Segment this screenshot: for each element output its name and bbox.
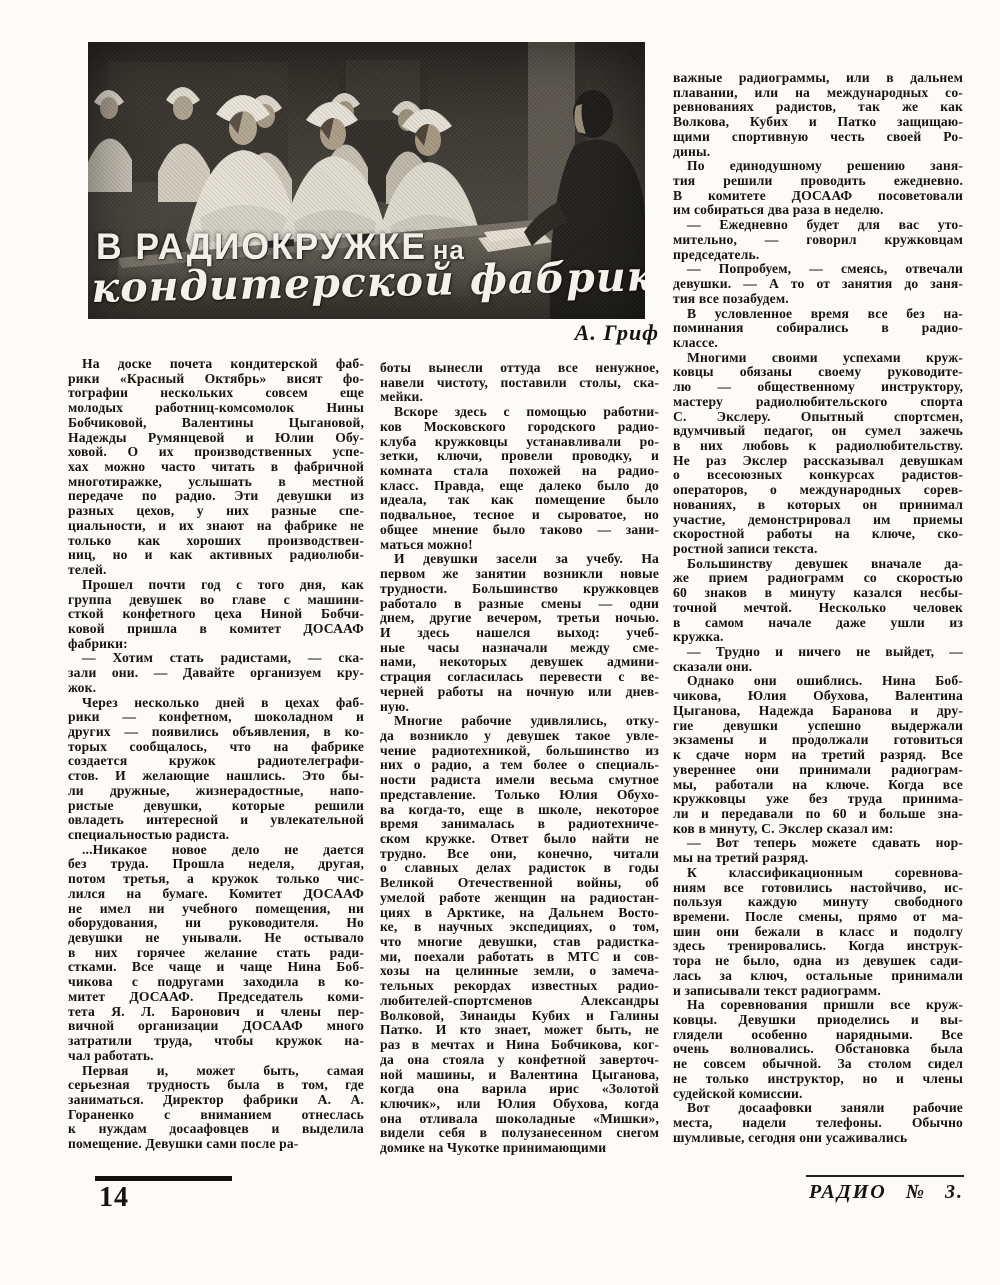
text-line: маться можно! (380, 538, 659, 553)
text-line: здесь тренировались. Когда инструк- (673, 939, 963, 954)
text-line: Патко. И кто знает, может быть, не (380, 1023, 659, 1038)
text-line: Надежды Румянцевой и Юлии Обу- (68, 431, 364, 446)
text-line: сткой конфетного цеха Ниной Бобчи- (68, 607, 364, 622)
footer-rule-left (95, 1176, 232, 1181)
text-column-right: важные радиограммы, или в дальнемплавани… (673, 71, 963, 1151)
text-line: ми, поехали работать в МТС и сов- (380, 950, 659, 965)
text-line: страция согласилась перевести с ве- (380, 670, 659, 685)
text-line: чикова, Юлия Обухова, Валентина (673, 689, 963, 704)
text-line: в них горячее желание стать ради- (68, 946, 364, 961)
text-line: в самом начале даже ушли из (673, 616, 963, 631)
text-line: По единодушному решению заня- (673, 159, 963, 174)
text-line: первом же занятии возникли новые (380, 567, 659, 582)
paragraph: Прошел почти год с того дня, какгруппа д… (68, 578, 364, 652)
text-line: дины. (673, 145, 963, 160)
text-line: ...Никакое новое дело не дается (68, 843, 364, 858)
paragraph: важные радиограммы, или в дальнемплавани… (673, 71, 963, 159)
text-line: Первая и, может быть, самая (68, 1064, 364, 1079)
paragraph: К классификационным соревнова-ниям все г… (673, 866, 963, 998)
text-line: плавании, или на международных со- (673, 86, 963, 101)
paragraph: Вот досаафовки заняли рабочиеместа, наде… (673, 1101, 963, 1145)
text-line: К классификационным соревнова- (673, 866, 963, 881)
text-line: стками. Все чаще и чаще Нина Боб- (68, 960, 364, 975)
text-line: мастеру радиолюбительского спорта (673, 395, 963, 410)
text-line: серьезная трудность была в том, где (68, 1078, 364, 1093)
journal-footer: РАДИО № 3. (700, 1181, 964, 1204)
text-line: помещение. Девушки сами после ра- (68, 1137, 364, 1152)
text-line: не имел ни учебного помещения, ни (68, 902, 364, 917)
text-line: что многие девушки, став радистка- (380, 935, 659, 950)
text-line: кружка. (673, 630, 963, 645)
text-line: В условленное время все без на- (673, 307, 963, 322)
text-line: Многие рабочие удивлялись, отку- (380, 714, 659, 729)
text-line: когда она варила ирис «Золотой (380, 1082, 659, 1097)
article-photo: В РАДИОКРУЖКЕна кондитерской фабрике (88, 42, 645, 319)
paragraph: В условленное время все без на-поминания… (673, 307, 963, 351)
text-line: судейской комиссии. (673, 1087, 963, 1102)
text-line: фабрики: (68, 637, 364, 652)
text-line: ниям все готовились настойчиво, ис- (673, 881, 963, 896)
text-line: мейки. (380, 390, 659, 405)
text-line: шумливые, сегодня они усаживались (673, 1131, 963, 1146)
text-line: телей. (68, 563, 364, 578)
text-line: лю — общественному инструктору, (673, 380, 963, 395)
text-line: Через несколько дней в цехах фаб- (68, 696, 364, 711)
text-line: ском кружке. Ответ было найти не (380, 832, 659, 847)
text-line: тия все позабудем. (673, 292, 963, 307)
text-line: жок. (68, 681, 364, 696)
paragraph: На доске почета кондитерской фаб-рики «К… (68, 357, 364, 578)
text-line: С. Экслеру. Опытный спортсмен, (673, 410, 963, 425)
text-line: гие девушки успешно выдержали (673, 719, 963, 734)
paragraph: — Ежедневно будет для вас уто-мительно, … (673, 218, 963, 262)
text-line: ковцы. Девушки приоделись и вы- (673, 1013, 963, 1028)
text-line: митет ДОСААФ. Председатель коми- (68, 990, 364, 1005)
text-line: нованиях, в которых он принимал (673, 498, 963, 513)
paragraph: Многие рабочие удивлялись, отку-да возни… (380, 714, 659, 1156)
text-line: днем, другие вечером, третьи ночью. (380, 611, 659, 626)
text-line: сказали они. (673, 660, 963, 675)
paragraph: Через несколько дней в цехах фаб-рики — … (68, 696, 364, 843)
text-line: ковцы обязаны своему руководите- (673, 365, 963, 380)
paragraph: Вскоре здесь с помощью работни-ков Моско… (380, 405, 659, 552)
text-line: места, надели телефоны. Обычно (673, 1116, 963, 1131)
text-line: лась за ключ, остальные принимали (673, 969, 963, 984)
text-line: ков в минуту, С. Экслер сказал им: (673, 822, 963, 837)
paragraph: боты вынесли оттуда все ненужное,навели … (380, 361, 659, 405)
text-line: тия решили проводить ежедневно. (673, 174, 963, 189)
text-line: точной мечтой. Несколько человек (673, 601, 963, 616)
text-line: циях в Арктике, на Дальнем Восто- (380, 906, 659, 921)
paragraph: — Вот теперь можете сдавать нор-мы на тр… (673, 836, 963, 865)
text-line: черней работы на ночную или днев- (380, 685, 659, 700)
text-line: затратили труда, чтобы кружок на- (68, 1034, 364, 1049)
text-line: тельных рекордах известных радио- (380, 979, 659, 994)
text-line: кружковцы уже без труда принима- (673, 792, 963, 807)
text-line: тора не было, одна из девушек сади- (673, 954, 963, 969)
paragraph: ...Никакое новое дело не даетсябез труда… (68, 843, 364, 1064)
text-line: создается кружок радиотелеграфи- (68, 754, 364, 769)
text-line: трудно. Все они, конечно, читали (380, 847, 659, 862)
text-line: комната стала похожей на радио- (380, 464, 659, 479)
text-line: скоростной работы на ключе, ско- (673, 527, 963, 542)
text-line: в них любовь к радиолюбительству. (673, 439, 963, 454)
paragraph: Первая и, может быть, самаясерьезная тру… (68, 1064, 364, 1152)
text-line: к сдаче норм на третий разряд. Все (673, 748, 963, 763)
text-line: класс. Правда, еще далеко было до (380, 479, 659, 494)
text-line: очень волновались. Обстановка была (673, 1042, 963, 1057)
text-column-middle: боты вынесли оттуда все ненужное,навели … (380, 361, 659, 1159)
text-line: поминания собирались в радио- (673, 321, 963, 336)
magazine-page: В РАДИОКРУЖКЕна кондитерской фабрике А. … (0, 0, 1000, 1285)
text-line: да возникло у девушек такое увле- (380, 729, 659, 744)
text-line: да она стояла у конфетной заверточ- (380, 1053, 659, 1068)
text-line: Гораненко с вниманием отнеслась (68, 1108, 364, 1123)
text-line: ли дружные, жизнерадостные, напо- (68, 784, 364, 799)
text-line: работало в разные смены — одни (380, 597, 659, 612)
text-line: видели себя в полузанесенном снегом (380, 1126, 659, 1141)
text-line: операторов, о международных сорев- (673, 483, 963, 498)
text-line: же прием радиограмм со скоростью (673, 571, 963, 586)
text-line: ристые девушки, которые решили (68, 799, 364, 814)
text-line: ной машины, и Валентина Цыганова, (380, 1068, 659, 1083)
text-line: клуба кружковцы устанавливали ро- (380, 435, 659, 450)
text-line: не только инструктор, но и члены (673, 1072, 963, 1087)
text-line: о славных делах радисток в годы (380, 861, 659, 876)
text-line: 60 знаков в минуту казался несбы- (673, 586, 963, 601)
text-column-left: На доске почета кондитерской фаб-рики «К… (68, 357, 364, 1155)
text-line: девушки. — А то от занятия до заня- (673, 277, 963, 292)
text-line: вичной организации ДОСААФ много (68, 1019, 364, 1034)
text-line: ревнованиях радистов, так же как (673, 100, 963, 115)
text-line: Не раз Экслер рассказывал девушкам (673, 454, 963, 469)
text-line: навели чистоту, поставили столы, ска- (380, 376, 659, 391)
text-line: подвальное, тесное и сыроватое, но (380, 508, 659, 523)
text-line: ховой. О их производственных успе- (68, 445, 364, 460)
text-line: без труда. Прошла неделя, другая, (68, 857, 364, 872)
text-line: щими спортивную честь своей Ро- (673, 130, 963, 145)
text-line: Великой Отечественной войны, об (380, 876, 659, 891)
text-line: зетки, ключи, провели проводку, и (380, 449, 659, 464)
text-line: им собираться два раза в неделю. (673, 203, 963, 218)
text-line: В комитете ДОСААФ посоветовали (673, 189, 963, 204)
paragraph: На соревнования пришли все круж-ковцы. Д… (673, 998, 963, 1101)
text-line: чикова с подругами заходила в ко- (68, 975, 364, 990)
paragraph: И девушки засели за учебу. Напервом же з… (380, 552, 659, 714)
text-line: хозы на целинные земли, о замеча- (380, 964, 659, 979)
text-line: заниматься. Директор фабрики А. А. (68, 1093, 364, 1108)
text-line: девушки не унывали. Не остывало (68, 931, 364, 946)
text-line: разных цехов, у них разные спе- (68, 504, 364, 519)
footer-rule-right (806, 1175, 964, 1177)
paragraph: — Трудно и ничего не выйдет, —сказали он… (673, 645, 963, 674)
text-line: На соревнования пришли все круж- (673, 998, 963, 1013)
text-line: ключик», или Юлия Обухова, когда (380, 1097, 659, 1112)
text-line: ниц, но и как активных радиолюби- (68, 548, 364, 563)
text-line: Однако они ошиблись. Нина Боб- (673, 674, 963, 689)
text-line: ную. (380, 700, 659, 715)
text-line: представление. Только Юлия Обухо- (380, 788, 659, 803)
text-line: Волковой, Зинаиды Кубих и Галины (380, 1009, 659, 1024)
text-line: рики «Красный Октябрь» висят фо- (68, 372, 364, 387)
text-line: овладеть интересной и увлекательной (68, 813, 364, 828)
text-line: участие, демонстрировал им приемы (673, 513, 963, 528)
text-line: любителей-спортсменов Александры (380, 994, 659, 1009)
text-line: молодых работниц-комсомолок Нины (68, 401, 364, 416)
text-line: специальностью радиста. (68, 828, 364, 843)
text-line: времени. После смены, прямо от ма- (673, 910, 963, 925)
text-line: важные радиограммы, или в дальнем (673, 71, 963, 86)
text-line: увереннее они принимали радиограм- (673, 763, 963, 778)
paragraph: Большинству девушек вначале да-же прием … (673, 557, 963, 645)
text-line: — Хотим стать радистами, — ска- (68, 651, 364, 666)
text-line: тета Я. Л. Баронович и члены пер- (68, 1005, 364, 1020)
text-line: ли и передавали по 60 и больше зна- (673, 807, 963, 822)
text-line: трудности. Большинство кружковцев (380, 582, 659, 597)
text-line: потом третья, а кружок только чис- (68, 872, 364, 887)
text-line: боты вынесли оттуда все ненужное, (380, 361, 659, 376)
text-line: домике на Чукотке принимающими (380, 1141, 659, 1156)
text-line: торых сообщалось, что на фабрике (68, 740, 364, 755)
text-line: раз в мечтах и Нина Бобчикова, ког- (380, 1038, 659, 1053)
paragraph: — Попробуем, — смеясь, отвечалидевушки. … (673, 262, 963, 306)
text-line: только как хороших производствен- (68, 534, 364, 549)
text-line: Прошел почти год с того дня, как (68, 578, 364, 593)
paragraph: Многими своими успехами круж-ковцы обяза… (673, 351, 963, 557)
text-line: о всесоюзных конкурсах радистов- (673, 468, 963, 483)
text-line: глядели особенно нарядными. Все (673, 1028, 963, 1043)
text-line: них о радио, а тем более о специаль- (380, 758, 659, 773)
text-line: ростной записи текста. (673, 542, 963, 557)
text-line: Вот досаафовки заняли рабочие (673, 1101, 963, 1116)
text-line: Большинству девушек вначале да- (673, 557, 963, 572)
text-line: пользуя каждую минуту свободного (673, 895, 963, 910)
text-line: она отливала шоколадные «Мишки», (380, 1112, 659, 1127)
text-line: и записывали текст радиограмм. (673, 984, 963, 999)
byline: А. Гриф (380, 320, 659, 346)
text-line: группа девушек во главе с машини- (68, 593, 364, 608)
text-line: других — появились объявления, в ко- (68, 725, 364, 740)
paragraph: Однако они ошиблись. Нина Боб-чикова, Юл… (673, 674, 963, 836)
text-line: ности радиста имели весьма смутное (380, 773, 659, 788)
text-line: экзамены и продолжали готовиться (673, 733, 963, 748)
text-line: зали они. — Давайте организуем кру- (68, 666, 364, 681)
paragraph: По единодушному решению заня-тия решили … (673, 159, 963, 218)
text-line: не совсем обычной. За столом сидел (673, 1057, 963, 1072)
text-line: мы на третий разряд. (673, 851, 963, 866)
text-line: тографии нескольких совсем еще (68, 386, 364, 401)
text-line: циальности, и их знают на фабрике не (68, 519, 364, 534)
text-line: ке, в научных экспедициях, о том, (380, 920, 659, 935)
text-line: Многими своими успехами круж- (673, 351, 963, 366)
text-line: многотиражке, услышать в местной (68, 475, 364, 490)
text-line: ные часы назначали между сме- (380, 641, 659, 656)
text-line: мительно, — говорил кружковцам (673, 233, 963, 248)
text-line: общее мнение было таково — зани- (380, 523, 659, 538)
text-line: время занималась в радиотехниче- (380, 817, 659, 832)
text-line: Волкова, Кубих и Патко защищаю- (673, 115, 963, 130)
text-line: к нуждам досаафовцев и выделила (68, 1122, 364, 1137)
text-line: ва когда-то, еще в школе, некоторое (380, 803, 659, 818)
text-line: — Трудно и ничего не выйдет, — (673, 645, 963, 660)
text-line: умелой работе женщин на радиостан- (380, 891, 659, 906)
text-line: классе. (673, 336, 963, 351)
text-line: И девушки засели за учебу. На (380, 552, 659, 567)
text-line: И здесь нашелся выход: учеб- (380, 626, 659, 641)
text-line: передаче по радио. Эти девушки из (68, 489, 364, 504)
page-number: 14 (99, 1182, 129, 1214)
text-line: рики — конфетном, шоколадном и (68, 710, 364, 725)
text-line: ков Московского городского радио- (380, 420, 659, 435)
text-line: мы, работали на ключе. Когда все (673, 778, 963, 793)
text-line: Вскоре здесь с помощью работни- (380, 405, 659, 420)
text-line: председатель. (673, 248, 963, 263)
text-line: вдумчивый педагог, он сумел зажечь (673, 424, 963, 439)
text-line: оборудования, ни руководителя. Но (68, 916, 364, 931)
text-line: шин они бежали в класс и подолгу (673, 925, 963, 940)
paragraph: — Хотим стать радистами, — ска-зали они.… (68, 651, 364, 695)
text-line: идеала, так как помещение было (380, 493, 659, 508)
text-line: На доске почета кондитерской фаб- (68, 357, 364, 372)
text-line: чал работать. (68, 1049, 364, 1064)
text-line: — Ежедневно будет для вас уто- (673, 218, 963, 233)
text-line: хах можно часто читать в фабричной (68, 460, 364, 475)
text-line: ковой пришла в комитет ДОСААФ (68, 622, 364, 637)
text-line: — Попробуем, — смеясь, отвечали (673, 262, 963, 277)
text-line: Бобчиковой, Валентины Цыгановой, (68, 416, 364, 431)
text-line: — Вот теперь можете сдавать нор- (673, 836, 963, 851)
text-line: нами, некоторых девушек админи- (380, 655, 659, 670)
text-line: лился на бумаге. Комитет ДОСААФ (68, 887, 364, 902)
text-line: стов. И желающие нашлись. Это бы- (68, 769, 364, 784)
text-line: Цыганова, Надежда Баранова и дру- (673, 704, 963, 719)
text-line: чение радиотехникой, большинство из (380, 744, 659, 759)
